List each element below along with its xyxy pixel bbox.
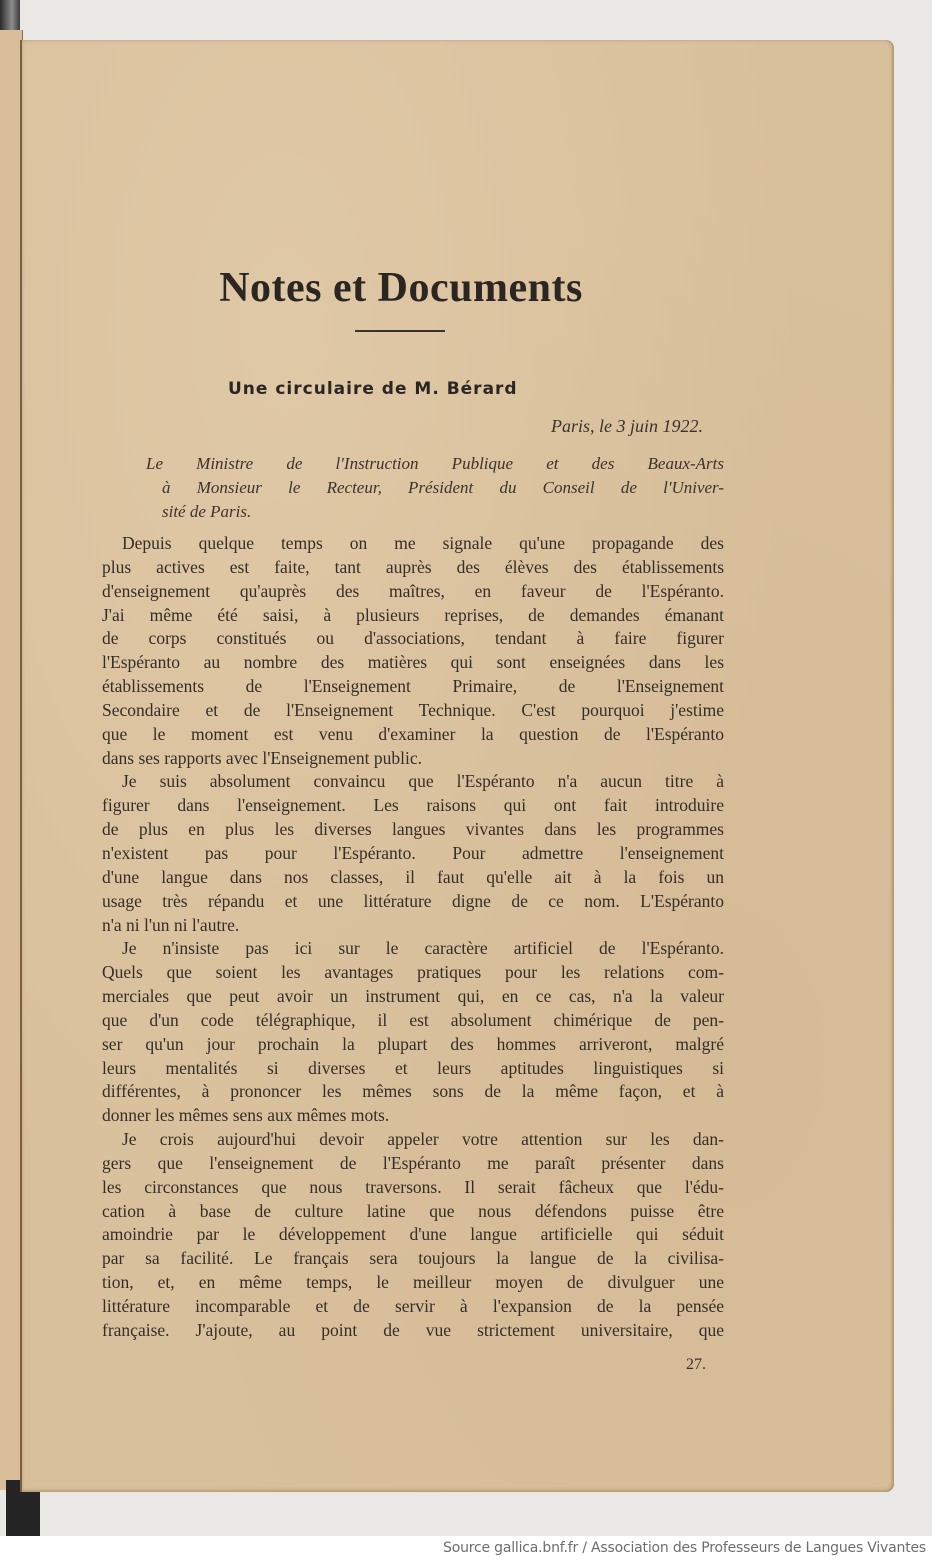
text-line: Quels que soient les avantages pratiques… xyxy=(102,961,724,985)
text-line: n'existent pas pour l'Espéranto. Pour ad… xyxy=(102,842,724,866)
paragraph-4: Je crois aujourd'hui devoir appeler votr… xyxy=(102,1128,724,1343)
address-line: Le Ministre de l'Instruction Publique et… xyxy=(146,452,724,476)
text-line: plus actives est faite, tant auprès des … xyxy=(102,556,724,580)
text-line: par sa facilité. Le français sera toujou… xyxy=(102,1247,724,1271)
text-line: n'a ni l'un ni l'autre. xyxy=(102,914,724,938)
text-line: usage très répandu et une littérature di… xyxy=(102,890,724,914)
article-subtitle: Une circulaire de M. Bérard xyxy=(228,379,518,399)
text-line: de plus en plus les diverses langues viv… xyxy=(102,818,724,842)
text-line: amoindrie par le développement d'une lan… xyxy=(102,1223,724,1247)
section-title: Notes et Documents xyxy=(102,264,700,312)
paragraph-2: Je suis absolument convaincu que l'Espér… xyxy=(102,770,724,937)
address-line: sité de Paris. xyxy=(146,500,724,524)
letter-body: Depuis quelque temps on me signale qu'un… xyxy=(102,532,724,1343)
title-divider xyxy=(355,330,445,332)
text-line: leurs mentalités si diverses et leurs ap… xyxy=(102,1057,724,1081)
text-line: merciales que peut avoir un instrument q… xyxy=(102,985,724,1009)
paragraph-1: Depuis quelque temps on me signale qu'un… xyxy=(102,532,724,770)
text-line: tion, et, en même temps, le meilleur moy… xyxy=(102,1271,724,1295)
letter-address: Le Ministre de l'Instruction Publique et… xyxy=(146,452,724,524)
dateline: Paris, le 3 juin 1922. xyxy=(551,416,703,437)
text-line: dans ses rapports avec l'Enseignement pu… xyxy=(102,747,724,771)
address-line: à Monsieur le Recteur, Président du Cons… xyxy=(146,476,724,500)
text-line: littérature incomparable et de servir à … xyxy=(102,1295,724,1319)
text-line: cation à base de culture latine que nous… xyxy=(102,1200,724,1224)
text-line: française. J'ajoute, au point de vue str… xyxy=(102,1319,724,1343)
text-line: différentes, à prononcer les mêmes sons … xyxy=(102,1080,724,1104)
text-line: donner les mêmes sens aux mêmes mots. xyxy=(102,1104,724,1128)
text-line: que d'un code télégraphique, il est abso… xyxy=(102,1009,724,1033)
text-line: Secondaire et de l'Enseignement Techniqu… xyxy=(102,699,724,723)
text-line: Je suis absolument convaincu que l'Espér… xyxy=(102,770,724,794)
text-line: Je crois aujourd'hui devoir appeler votr… xyxy=(102,1128,724,1152)
text-line: l'Espéranto au nombre des matières qui s… xyxy=(102,651,724,675)
page-number: 27. xyxy=(686,1356,706,1374)
text-line: établissements de l'Enseignement Primair… xyxy=(102,675,724,699)
text-line: d'enseignement qu'auprès des maîtres, en… xyxy=(102,580,724,604)
text-line: ser qu'un jour prochain la plupart des h… xyxy=(102,1033,724,1057)
text-line: gers que l'enseignement de l'Espéranto m… xyxy=(102,1152,724,1176)
source-credit: Source gallica.bnf.fr / Association des … xyxy=(443,1540,926,1556)
text-line: Depuis quelque temps on me signale qu'un… xyxy=(102,532,724,556)
text-line: Je n'insiste pas ici sur le caractère ar… xyxy=(102,937,724,961)
text-line: que le moment est venu d'examiner la que… xyxy=(102,723,724,747)
text-line: d'une langue dans nos classes, il faut q… xyxy=(102,866,724,890)
text-line: les circonstances que nous traversons. I… xyxy=(102,1176,724,1200)
text-line: J'ai même été saisi, à plusieurs reprise… xyxy=(102,604,724,628)
text-line: figurer dans l'enseignement. Les raisons… xyxy=(102,794,724,818)
paragraph-3: Je n'insiste pas ici sur le caractère ar… xyxy=(102,937,724,1128)
text-line: de corps constitués ou d'associations, t… xyxy=(102,627,724,651)
